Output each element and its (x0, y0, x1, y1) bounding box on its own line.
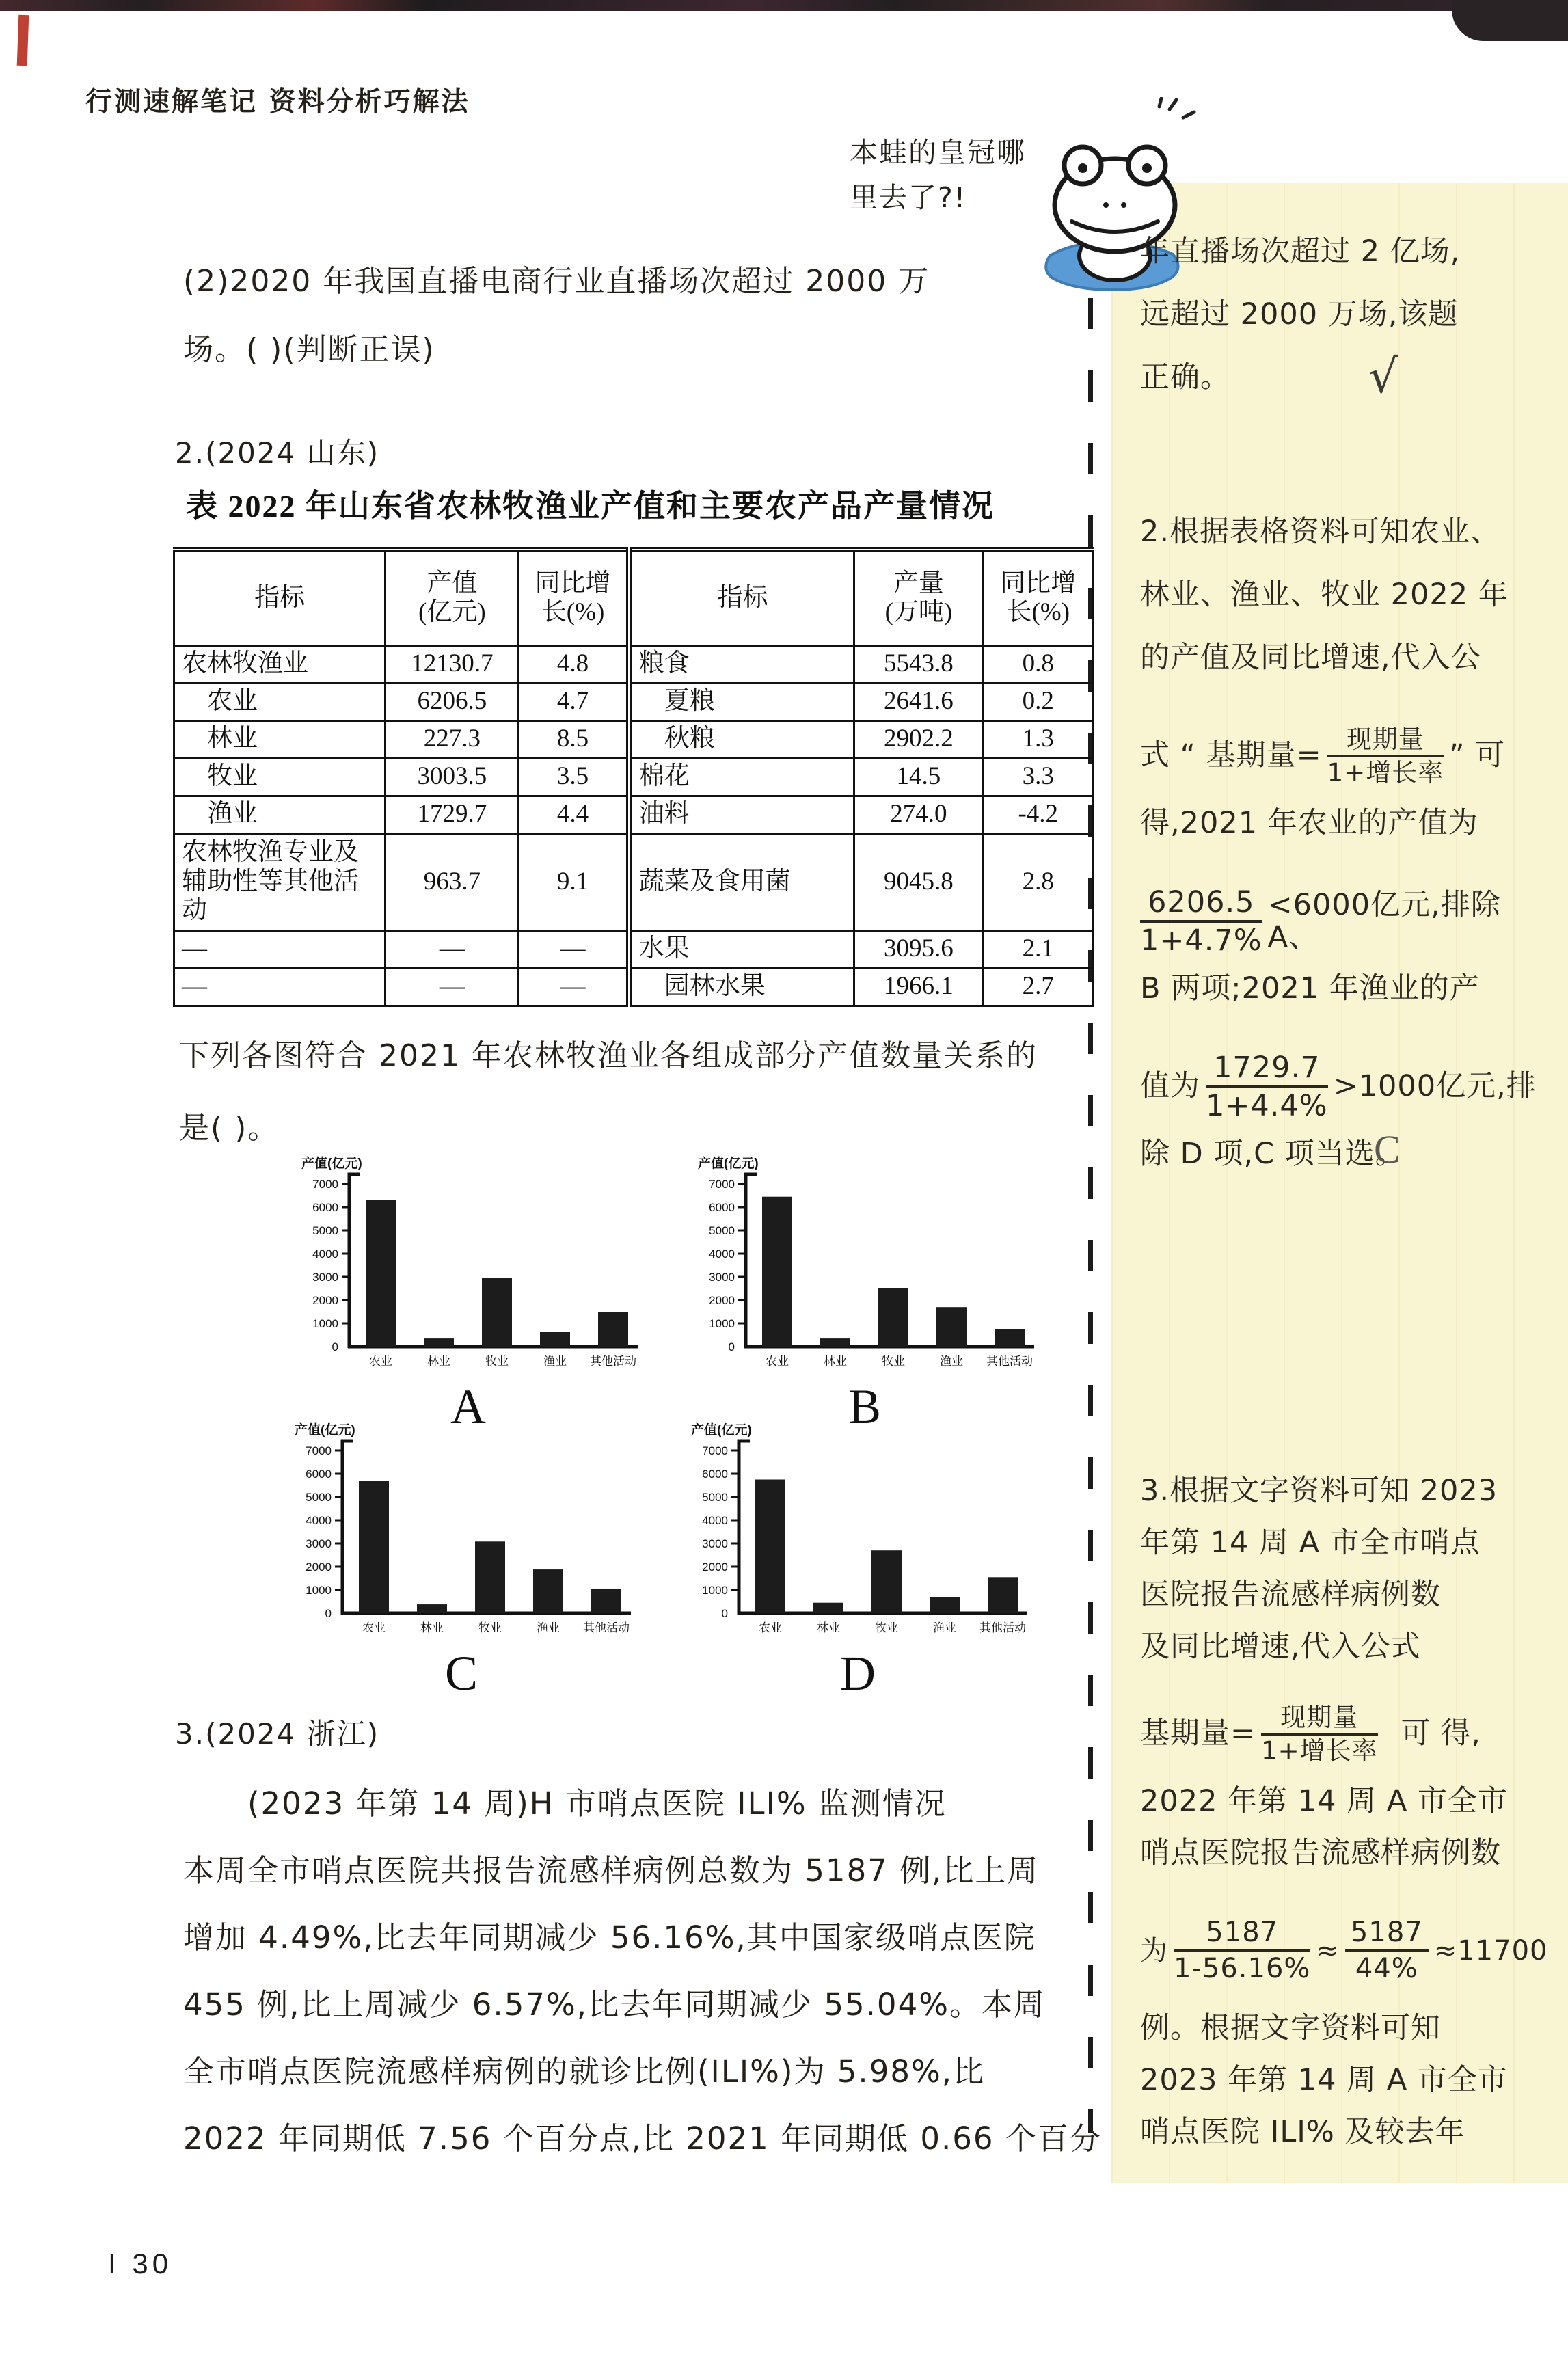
svg-text:6000: 6000 (709, 1201, 735, 1214)
table-cell: 夏粮 (629, 683, 854, 720)
sidebar-note-1: 年直播场次超过 2 亿场, 远超过 2000 万场,该题 正确。 (1140, 236, 1557, 424)
note3-calc: 为 5187 1-56.16% ≈ 5187 44% ≈ 11700 (1140, 1889, 1557, 2012)
table-cell: 2.8 (983, 833, 1093, 930)
svg-text:林业: 林业 (824, 1355, 847, 1368)
table-cell: 0.8 (983, 645, 1093, 683)
svg-text:其他活动: 其他活动 (590, 1354, 636, 1368)
table-cell: 12130.7 (386, 645, 519, 683)
note2-line: 除 D 项,C 项当选。 (1140, 1138, 1557, 1201)
svg-text:5000: 5000 (312, 1224, 338, 1237)
scanned-workbook-page: 行测速解笔记 资料分析巧解法 本蛙的皇冠哪 里去了?! (2)2020 年我国直… (0, 0, 1568, 2376)
svg-text:2000: 2000 (312, 1294, 338, 1307)
question-2-label: 2.(2024 山东) (175, 431, 379, 472)
table-row: 农业6206.54.7 夏粮2641.60.2 (174, 683, 1094, 720)
table-row: 林业227.38.5 秋粮2902.21.3 (174, 720, 1094, 758)
svg-text:产值(亿元): 产值(亿元) (301, 1155, 362, 1171)
note3-line: 及同比增速,代入公式 (1140, 1631, 1557, 1683)
calc-fraction: 1729.7 1+4.4% (1206, 1051, 1328, 1122)
calc-text: <6000亿元,排除 A、 (1268, 889, 1557, 954)
svg-text:农业: 农业 (369, 1355, 392, 1368)
table-title: 表 2022 年山东省农林牧渔业产值和主要农产品产量情况 (186, 481, 995, 526)
table-cell: 牧业 (174, 758, 386, 796)
svg-text:1000: 1000 (312, 1317, 338, 1330)
table-cell: 8.5 (519, 720, 629, 758)
svg-text:农业: 农业 (766, 1355, 789, 1368)
formula-fraction: 现期量 1+增长率 (1261, 1703, 1378, 1766)
table-cell: 3.5 (519, 758, 629, 796)
note2-formula: 式 “ 基期量= 现期量 1+增长率 ” 可 (1140, 705, 1557, 807)
table-cell: 3095.6 (854, 930, 983, 968)
table-cell: 3.3 (983, 758, 1093, 796)
note1-line: 远超过 2000 万场,该题 (1140, 299, 1557, 362)
chart-option-d: 01000200030004000500060007000产值(亿元)农业林业牧… (673, 1420, 1042, 1702)
q3-line: 本周全市哨点医院共报告流感样病例总数为 5187 例,比上周 (183, 1837, 1103, 1904)
table-cell: 1729.7 (386, 796, 519, 833)
svg-text:6000: 6000 (306, 1468, 332, 1481)
judge-question: (2)2020 年我国直播电商行业直播场次超过 2000 万 场。( )(判断正… (183, 247, 1099, 384)
note2-line: 得,2021 年农业的产值为 (1140, 807, 1557, 870)
note2-line: 林业、渔业、牧业 2022 年 (1140, 579, 1557, 642)
svg-text:渔业: 渔业 (940, 1355, 963, 1368)
checkmark-icon: √ (1368, 350, 1398, 404)
note1-line: 年直播场次超过 2 亿场, (1140, 236, 1557, 299)
svg-text:3000: 3000 (312, 1271, 338, 1284)
svg-text:渔业: 渔业 (537, 1621, 560, 1634)
table-cell: — (386, 968, 519, 1005)
calc-text: 为 (1140, 1936, 1168, 1966)
chart-option-a: 01000200030004000500060007000产值(亿元)农业林业牧… (284, 1154, 653, 1435)
svg-text:渔业: 渔业 (933, 1621, 956, 1634)
note3-line: 年第 14 周 A 市全市哨点 (1140, 1527, 1557, 1579)
svg-text:其他活动: 其他活动 (986, 1354, 1033, 1368)
table-cell: 粮食 (629, 645, 854, 683)
table-cell: 蔬菜及食用菌 (629, 833, 854, 930)
bar-chart-b-svg: 01000200030004000500060007000产值(亿元)农业林业牧… (680, 1154, 1049, 1373)
svg-text:林业: 林业 (420, 1621, 444, 1634)
note3-line: 3.根据文字资料可知 2023 (1140, 1475, 1557, 1527)
svg-text:牧业: 牧业 (882, 1355, 905, 1368)
note2-calc-1: 6206.5 1+4.7% <6000亿元,排除 A、 (1140, 870, 1557, 973)
table-cell: 秋粮 (629, 720, 854, 758)
svg-text:其他活动: 其他活动 (979, 1621, 1026, 1634)
table-body: 农林牧渔业12130.74.8粮食5543.80.8 农业6206.54.7 夏… (174, 645, 1094, 1005)
table-cell: — (519, 930, 629, 968)
table-cell: 油料 (629, 796, 854, 833)
table-header-cell: 产量 (万吨) (854, 550, 983, 645)
sidebar-note-3: 3.根据文字资料可知 2023 年第 14 周 A 市全市哨点 医院报告流感样病… (1140, 1475, 1557, 2168)
table-cell: 2.1 (983, 930, 1093, 968)
page-number: I 30 (108, 2247, 172, 2280)
data-table: 指标 产值 (亿元) 同比增 长(%) 指标 产量 (万吨) 同比增 长(%) … (173, 547, 1094, 1007)
svg-text:4000: 4000 (702, 1514, 728, 1527)
svg-text:4000: 4000 (306, 1514, 332, 1527)
table-cell: — (174, 968, 386, 1005)
note2-line: 的产值及同比增速,代入公 (1140, 642, 1557, 705)
table-row: 牧业3003.53.5棉花14.53.3 (174, 758, 1094, 796)
calc-fraction: 5187 44% (1345, 1917, 1429, 1984)
note3-line: 2022 年第 14 周 A 市全市 (1140, 1785, 1557, 1837)
svg-text:5000: 5000 (709, 1224, 735, 1237)
svg-text:1000: 1000 (702, 1584, 728, 1597)
frog-speech-line2: 里去了?! (850, 175, 1026, 220)
svg-text:0: 0 (729, 1340, 735, 1353)
note2-line: 2.根据表格资料可知农业、 (1140, 516, 1557, 579)
calc-result: 11700 (1457, 1936, 1547, 1966)
table-header-cell: 同比增 长(%) (983, 550, 1093, 645)
table-cell: — (386, 930, 519, 968)
formula-fraction: 现期量 1+增长率 (1327, 725, 1444, 787)
table-cell: 14.5 (854, 758, 983, 796)
formula-text: 可 得, (1401, 1718, 1481, 1750)
svg-text:渔业: 渔业 (543, 1355, 567, 1368)
svg-text:农业: 农业 (759, 1621, 782, 1634)
table-cell: 6206.5 (386, 683, 519, 720)
table-row: ———水果3095.62.1 (174, 930, 1094, 968)
table-header-cell: 同比增 长(%) (519, 550, 629, 645)
q3-line: 增加 4.49%,比去年同期减少 56.16%,其中国家级哨点医院 (183, 1904, 1103, 1971)
q3-line: 2022 年同期低 7.56 个百分点,比 2021 年同期低 0.66 个百分 (183, 2105, 1103, 2172)
table-cell: — (174, 930, 386, 968)
table-header-cell: 指标 (174, 550, 386, 645)
table-row: 农林牧渔专业及辅助性等其他活动963.79.1蔬菜及食用菌9045.82.8 (174, 833, 1094, 930)
table-cell: 棉花 (629, 758, 854, 796)
calc-text: >1000亿元,排 (1334, 1070, 1537, 1103)
note3-formula: 基期量= 现期量 1+增长率 可 得, (1140, 1683, 1557, 1785)
note1-line: 正确。 (1140, 362, 1557, 424)
chart-option-letter: D (673, 1645, 1042, 1702)
note3-line: 2023 年第 14 周 A 市全市 (1140, 2064, 1557, 2116)
svg-text:2000: 2000 (306, 1561, 332, 1574)
note3-line: 哨点医院 ILI% 及较去年 (1140, 2116, 1557, 2168)
note2-calc-2: 值为 1729.7 1+4.4% >1000亿元,排 (1140, 1036, 1557, 1138)
table-cell: 渔业 (174, 796, 386, 833)
table-cell: — (519, 968, 629, 1005)
page-title: 行测速解笔记 资料分析巧解法 (85, 81, 470, 119)
note3-line: 哨点医院报告流感样病例数 (1140, 1837, 1557, 1889)
sidebar-note-2: 2.根据表格资料可知农业、 林业、渔业、牧业 2022 年 的产值及同比增速,代… (1140, 516, 1557, 1201)
table-cell: 4.8 (519, 645, 629, 683)
calc-fraction: 6206.5 1+4.7% (1140, 886, 1262, 957)
note2-line: B 两项;2021 年渔业的产 (1140, 973, 1557, 1036)
table-cell: 0.2 (983, 683, 1093, 720)
svg-text:3000: 3000 (702, 1537, 728, 1550)
table-cell: 9.1 (519, 833, 629, 930)
table-header-cell: 产值 (亿元) (386, 550, 519, 645)
table-header-cell: 指标 (629, 550, 854, 645)
scan-corner-blob (1452, 0, 1568, 41)
svg-text:3000: 3000 (306, 1537, 332, 1550)
table-cell: 1.3 (983, 720, 1093, 758)
bar-chart-c-svg: 01000200030004000500060007000产值(亿元)农业林业牧… (277, 1420, 646, 1639)
svg-text:1000: 1000 (709, 1317, 735, 1330)
table-cell: 227.3 (386, 720, 519, 758)
svg-text:5000: 5000 (306, 1491, 332, 1504)
question-3-label: 3.(2024 浙江) (175, 1712, 379, 1753)
svg-text:牧业: 牧业 (478, 1621, 502, 1634)
calc-text: 值为 (1140, 1070, 1200, 1103)
table-row: 农林牧渔业12130.74.8粮食5543.80.8 (174, 645, 1094, 683)
chart-option-letter: C (277, 1645, 646, 1702)
table-cell: 4.4 (519, 796, 629, 833)
svg-text:0: 0 (722, 1607, 728, 1620)
formula-text: 基期量= (1140, 1718, 1256, 1750)
table-row: 渔业1729.74.4油料274.0-4.2 (174, 796, 1094, 833)
table-cell: 4.7 (519, 683, 629, 720)
svg-text:3000: 3000 (709, 1271, 735, 1284)
table-cell: 3003.5 (386, 758, 519, 796)
table-cell: 1966.1 (854, 968, 983, 1005)
table-cell: 农林牧渔专业及辅助性等其他活动 (174, 833, 386, 930)
calc-fraction: 5187 1-56.16% (1174, 1917, 1310, 1984)
table-cell: 农业 (174, 683, 386, 720)
q3-line: 455 例,比上周减少 6.57%,比去年同期减少 55.04%。本周 (183, 1971, 1103, 2038)
svg-text:林业: 林业 (817, 1621, 840, 1634)
chart-option-b: 01000200030004000500060007000产值(亿元)农业林业牧… (680, 1154, 1049, 1435)
scan-edge-strip (0, 0, 1568, 11)
table-cell: 2641.6 (854, 683, 983, 720)
table-cell: 园林水果 (629, 968, 854, 1005)
formula-text: ” 可 (1449, 740, 1505, 772)
table-cell: 水果 (629, 930, 854, 968)
svg-text:4000: 4000 (709, 1247, 735, 1260)
frog-speech-line1: 本蛙的皇冠哪 (850, 130, 1026, 175)
note3-line: 医院报告流感样病例数 (1140, 1579, 1557, 1631)
svg-text:7000: 7000 (312, 1178, 338, 1191)
bar-chart-a-svg: 01000200030004000500060007000产值(亿元)农业林业牧… (284, 1154, 653, 1373)
red-edge-mark (17, 15, 29, 66)
judge-question-line2: 场。( )(判断正误) (183, 316, 1099, 384)
approx-sign: ≈ (1316, 1936, 1340, 1966)
table-cell: 2902.2 (854, 720, 983, 758)
bar-chart-d-svg: 01000200030004000500060007000产值(亿元)农业林业牧… (673, 1420, 1042, 1639)
svg-text:2000: 2000 (709, 1294, 735, 1307)
question-3-paragraph: (2023 年第 14 周)H 市哨点医院 ILI% 监测情况 本周全市哨点医院… (183, 1770, 1103, 2172)
table-row: ——— 园林水果1966.12.7 (174, 968, 1094, 1005)
svg-text:产值(亿元): 产值(亿元) (295, 1422, 355, 1437)
svg-text:0: 0 (325, 1607, 332, 1620)
svg-text:产值(亿元): 产值(亿元) (691, 1422, 752, 1437)
answer-letter: C (1374, 1126, 1401, 1172)
q3-line: (2023 年第 14 周)H 市哨点医院 ILI% 监测情况 (183, 1770, 1103, 1837)
formula-text: 式 “ 基期量= (1140, 740, 1322, 772)
table-cell: 963.7 (386, 833, 519, 930)
svg-text:0: 0 (332, 1340, 338, 1353)
table-cell: -4.2 (983, 796, 1093, 833)
chart-option-c: 01000200030004000500060007000产值(亿元)农业林业牧… (277, 1420, 646, 1702)
svg-text:其他活动: 其他活动 (583, 1621, 630, 1634)
table-cell: 农林牧渔业 (174, 645, 386, 683)
table-cell: 林业 (174, 720, 386, 758)
question-2-stem-line1: 下列各图符合 2021 年农林牧渔业各组成部分产值数量关系的 (179, 1020, 1109, 1092)
svg-text:7000: 7000 (702, 1444, 728, 1457)
frog-speech: 本蛙的皇冠哪 里去了?! (850, 130, 1026, 220)
svg-text:2000: 2000 (702, 1561, 728, 1574)
table-header-row: 指标 产值 (亿元) 同比增 长(%) 指标 产量 (万吨) 同比增 长(%) (174, 550, 1094, 645)
svg-text:6000: 6000 (312, 1201, 338, 1214)
note3-line: 例。根据文字资料可知 (1140, 2012, 1557, 2064)
table-cell: 9045.8 (854, 833, 983, 930)
svg-text:6000: 6000 (702, 1468, 728, 1481)
svg-text:5000: 5000 (702, 1491, 728, 1504)
svg-text:4000: 4000 (312, 1247, 338, 1260)
svg-text:7000: 7000 (709, 1178, 735, 1191)
question-2-stem: 下列各图符合 2021 年农林牧渔业各组成部分产值数量关系的 是( )。 (179, 1020, 1109, 1165)
approx-sign: ≈ (1434, 1936, 1458, 1966)
svg-text:7000: 7000 (306, 1444, 332, 1457)
q3-line: 全市哨点医院流感样病例的就诊比例(ILI%)为 5.98%,比 (183, 2038, 1103, 2105)
table-cell: 274.0 (854, 796, 983, 833)
svg-text:1000: 1000 (306, 1584, 332, 1597)
table-cell: 5543.8 (854, 645, 983, 683)
svg-text:林业: 林业 (427, 1355, 450, 1368)
svg-text:农业: 农业 (362, 1621, 386, 1634)
judge-question-line1: (2)2020 年我国直播电商行业直播场次超过 2000 万 (183, 247, 1099, 316)
svg-text:牧业: 牧业 (875, 1621, 898, 1634)
svg-text:产值(亿元): 产值(亿元) (698, 1155, 759, 1171)
table-cell: 2.7 (983, 968, 1093, 1005)
svg-text:牧业: 牧业 (485, 1355, 509, 1368)
